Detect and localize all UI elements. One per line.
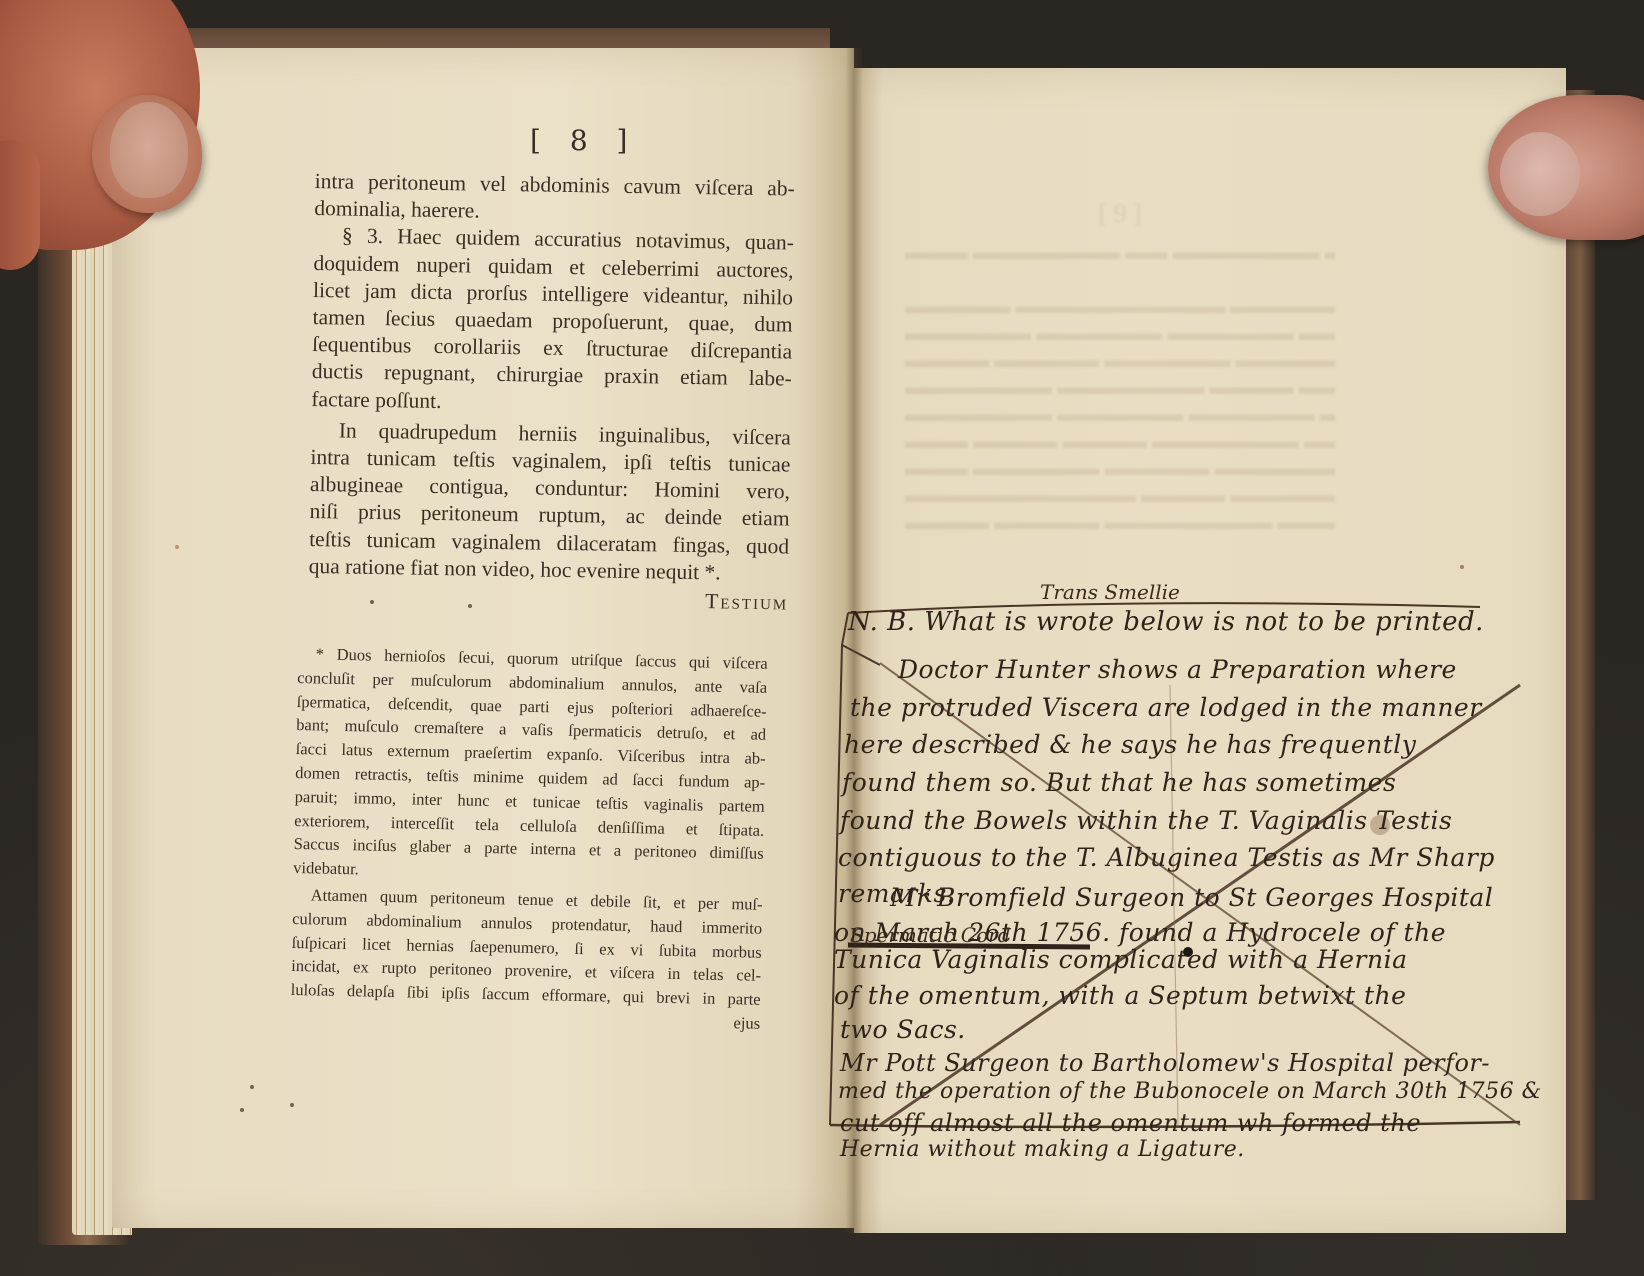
manuscript-interlinear-insert: Trans Smellie xyxy=(1040,580,1180,604)
footnote: * Duos hernioſos ſecui, quorum utriſque … xyxy=(290,642,768,1036)
ghost-page-number: [ 9 ] xyxy=(905,200,1335,227)
left-thumbnail xyxy=(110,102,188,198)
right-thumbnail xyxy=(1500,132,1580,216)
manuscript-line: Tunica Vaginalis complicated with a Hern… xyxy=(834,945,1408,974)
handwritten-note: Trans Smellie N. B. What is wrote below … xyxy=(820,585,1540,1145)
manuscript-line: of the omentum, with a Septum betwixt th… xyxy=(834,981,1406,1010)
manuscript-line: found them so. But that he has sometimes xyxy=(842,768,1396,797)
manuscript-line: contiguous to the T. Albuginea Testis as… xyxy=(838,843,1495,872)
printed-body-text: intra peritoneum vel abdominis cavum viſ… xyxy=(308,168,795,617)
manuscript-line: found the Bowels within the T. Vaginalis… xyxy=(840,806,1452,835)
manuscript-line: med the operation of the Bubonocele on M… xyxy=(838,1079,1542,1104)
manuscript-line: cut off almost all the omentum wh formed… xyxy=(840,1109,1421,1137)
manuscript-line: the protruded Viscera are lodged in the … xyxy=(850,693,1482,722)
manuscript-line: Mr Pott Surgeon to Bartholomew's Hospita… xyxy=(840,1049,1490,1077)
manuscript-insert-spermatic-cord: Spermatic Cord xyxy=(850,923,1011,947)
manuscript-line: Hernia without making a Ligature. xyxy=(840,1137,1245,1162)
manuscript-line: Mr Bromfield Surgeon to St Georges Hospi… xyxy=(890,883,1493,912)
page-number: [ 8 ] xyxy=(530,124,637,157)
manuscript-line: two Sacs. xyxy=(840,1015,966,1044)
book-cover-right-edge xyxy=(1565,90,1595,1200)
manuscript-line: here described & he says he has frequent… xyxy=(844,730,1416,759)
manuscript-heading: N. B. What is wrote below is not to be p… xyxy=(848,607,1484,637)
manuscript-line: Doctor Hunter shows a Preparation where xyxy=(898,655,1457,684)
bleed-through-text: [ 9 ] ▬▬▬ ▬▬▬▬▬▬▬ ▬▬ ▬▬▬▬▬▬▬ ▬▬▬ ▬▬▬▬▬ ▬… xyxy=(905,200,1335,536)
left-hand-fingers xyxy=(0,140,40,270)
